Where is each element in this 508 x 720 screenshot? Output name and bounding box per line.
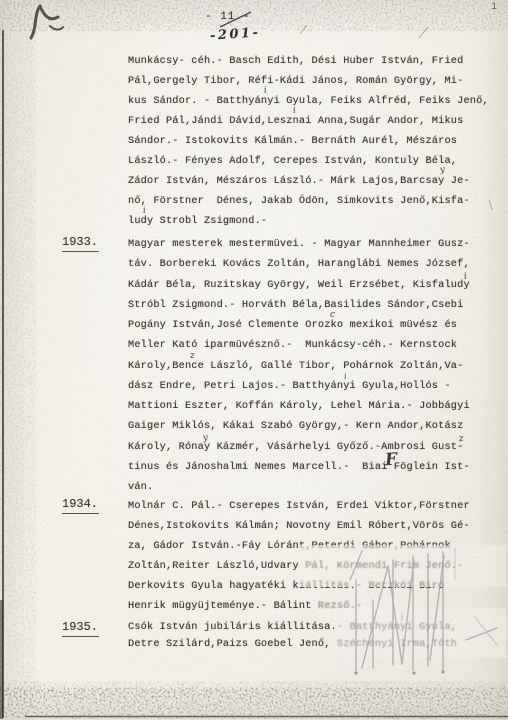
entry-line: Munkácsy- céh.- Basch Edith, Dési Huber … [128, 51, 504, 71]
page-number-handwritten: -201- [210, 25, 261, 43]
entry-line: Molnár C. Pál.- Cserepes István, Erdei V… [128, 496, 504, 516]
scanned-page: - 11 - -201- 1 Munkácsy- céh.- Basch Edi… [0, 0, 508, 720]
entry-line: nő, Förstner Dénes, Jakab Ödön, Simkovit… [128, 191, 504, 211]
entry-line: Károly, Rónay Kázmér, Vásárhelyi Győző.-… [128, 437, 504, 457]
year-label: 1935. [62, 621, 99, 637]
entry-line: Meller Kató iparmüvésznő.- Munkácsy-céh.… [128, 335, 504, 355]
bottom-noise-band2 [0, 684, 508, 696]
entry-line: Fried Pál,Jándi Dávid,Lesznai Anna,Sugár… [128, 111, 504, 131]
entry-line: László.- Fényes Adolf, Cerepes István, K… [128, 151, 504, 171]
entry-line: Kádár Béla, Ruzitskay György, Weil Erzsé… [128, 275, 504, 295]
year-label: 1934. [62, 498, 99, 514]
entry-line: ludy Strobl Zsigmond.- [128, 211, 504, 231]
left-margin-noise [0, 28, 34, 688]
handwritten-mark: z [190, 352, 195, 361]
entry-line: Károly,Bence László, Gallé Tibor, Pohárn… [128, 356, 504, 376]
erasure-smudge [334, 608, 506, 658]
handwritten-mark: F [384, 452, 397, 470]
year-label: 1933. [62, 236, 99, 252]
handwritten-mark: i [344, 373, 347, 381]
entry-text: Munkácsy- céh.- Basch Edith, Dési Huber … [128, 51, 504, 231]
top-noise-band [0, 2, 508, 26]
handwritten-mark: i [143, 207, 147, 216]
handwritten-mark: z [459, 435, 465, 444]
ink-smudge [31, 6, 63, 38]
entry-line: Pál,Gergely Tibor, Réfi-Kádi János, Romá… [128, 71, 504, 91]
corner-mark: 1 [491, 2, 497, 13]
entry-line: Sándor.- Istokovits Kálmán.- Bernáth Aur… [128, 131, 504, 151]
entry-line: táv. Borbereki Kovács Zoltán, Haranglábi… [128, 254, 504, 274]
erasure-smudge [298, 545, 506, 587]
entry-line: Stróbl Zsigmond.- Horváth Béla,Basilides… [128, 295, 504, 315]
entry-text: Magyar mesterek mestermüvei. - Magyar Ma… [128, 234, 504, 497]
entry-line: dász Endre, Petri Lajos.- Batthyányi Gyu… [128, 376, 504, 396]
handwritten-mark: c [330, 311, 335, 320]
entry-line: kus Sándor. - Batthyányi Gyula, Feiks Al… [128, 91, 504, 111]
entry-line: Magyar mesterek mestermüvei. - Magyar Ma… [128, 234, 504, 254]
entry-line: Pogány István,José Clemente Orozko mexik… [128, 315, 504, 335]
page-number-typed: - 11 - [205, 11, 251, 23]
entry-line: ván. [128, 477, 504, 497]
entry-line: Dénes,Istokovits Kálmán; Novotny Emil Ró… [128, 516, 504, 536]
entry-line: Zádor István, Mészáros László.- Márk Laj… [128, 171, 504, 191]
handwritten-mark: i [293, 107, 297, 116]
bottom-noise-band [0, 692, 508, 714]
entry-line: Mattioni Eszter, Koffán Károly, Lehel Má… [128, 396, 504, 416]
entry-line: tinus és Jánoshalmi Nemes Marcell.- Biai… [128, 457, 504, 477]
entry-line: Gaiger Miklós, Kákai Szabó György,- Kern… [128, 416, 504, 436]
